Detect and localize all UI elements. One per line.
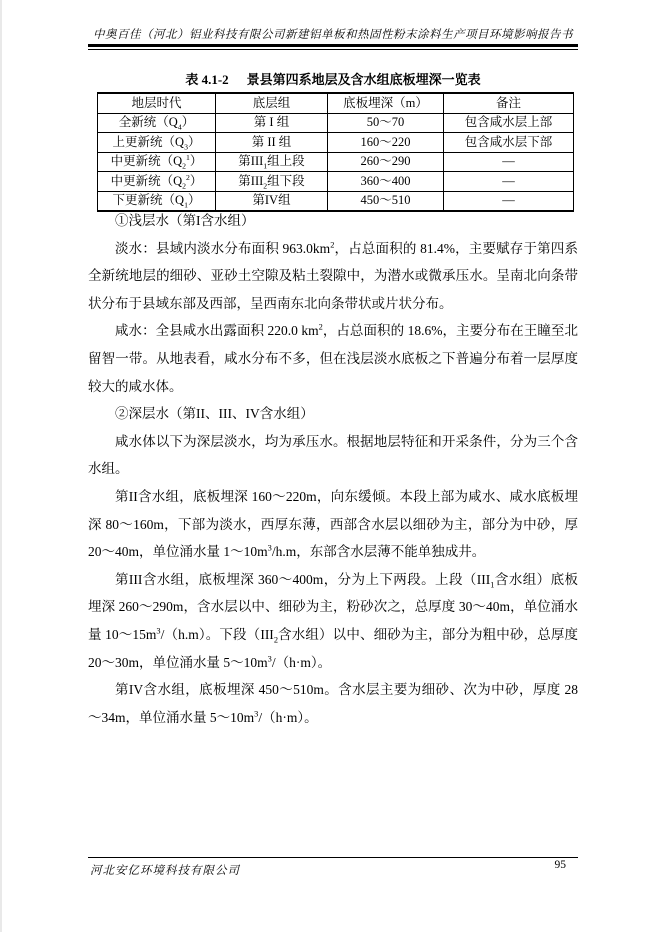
paragraph-aquifer-4: 第IV含水组，底板埋深 450～510m。含水层主要为细砂、次为中砂，厚度 28… <box>88 676 578 731</box>
table-row: 中更新统（Q21） 第III1组上段 260～290 — <box>98 152 574 172</box>
cell-group: 第 I 组 <box>216 113 328 133</box>
cell-era: 中更新统（Q21） <box>98 152 216 172</box>
cell-group: 第III2组下段 <box>216 172 328 192</box>
header-double-rule <box>88 44 578 50</box>
document-page: { "page": { "header_title": "中奥百佳（河北）铝业科… <box>0 0 666 932</box>
paragraph-fresh-water: 淡水：县域内淡水分布面积 963.0km2，占总面积的 81.4%，主要赋存于第… <box>88 235 578 318</box>
page-left-edge <box>0 0 2 932</box>
body-text: ①浅层水（第I含水组） 淡水：县域内淡水分布面积 963.0km2，占总面积的 … <box>88 207 578 731</box>
cell-group: 第 II 组 <box>216 133 328 153</box>
paragraph-shallow-water-heading: ①浅层水（第I含水组） <box>88 207 578 235</box>
cell-note: — <box>444 152 574 172</box>
table-label: 表 4.1-2 <box>185 72 228 87</box>
paragraph-deep-water-intro: 咸水体以下为深层淡水，均为承压水。根据地层特征和开采条件，分为三个含水组。 <box>88 428 578 483</box>
paragraph-salt-water: 咸水：全县咸水出露面积 220.0 km2，占总面积的 18.6%，主要分布在王… <box>88 317 578 400</box>
cell-note: — <box>444 172 574 192</box>
table-caption: 景县第四系地层及含水组底板埋深一览表 <box>247 72 481 87</box>
table-row: 全新统（Q4） 第 I 组 50～70 包含咸水层上部 <box>98 113 574 133</box>
cell-depth: 360～400 <box>328 172 444 192</box>
cell-note: 包含咸水层上部 <box>444 113 574 133</box>
table-row: 上更新统（Q3） 第 II 组 160～220 包含咸水层下部 <box>98 133 574 153</box>
paragraph-aquifer-2: 第II含水组，底板埋深 160～220m，向东缓倾。本段上部为咸水、咸水底板埋深… <box>88 483 578 566</box>
cell-depth: 260～290 <box>328 152 444 172</box>
cell-group: 第III1组上段 <box>216 152 328 172</box>
cell-note: 包含咸水层下部 <box>444 133 574 153</box>
table-header-row: 地层时代 底层组 底板埋深（m） 备注 <box>98 93 574 113</box>
cell-depth: 50～70 <box>328 113 444 133</box>
cell-depth: 160～220 <box>328 133 444 153</box>
cell-era: 中更新统（Q22） <box>98 172 216 192</box>
column-header-era: 地层时代 <box>98 93 216 113</box>
paragraph-deep-water-heading: ②深层水（第II、III、IV含水组） <box>88 400 578 428</box>
strata-table: 地层时代 底层组 底板埋深（m） 备注 全新统（Q4） 第 I 组 50～70 … <box>97 92 574 212</box>
cell-era: 全新统（Q4） <box>98 113 216 133</box>
document-header-title: 中奥百佳（河北）铝业科技有限公司新建铝单板和热固性粉末涂料生产项目环境影响报告书 <box>88 26 578 42</box>
cell-era: 上更新统（Q3） <box>98 133 216 153</box>
table-title: 表 4.1-2景县第四系地层及含水组底板埋深一览表 <box>88 69 578 88</box>
paragraph-aquifer-3: 第III含水组，底板埋深 360～400m，分为上下两段。上段（III1含水组）… <box>88 566 578 676</box>
column-header-note: 备注 <box>444 93 574 113</box>
column-header-depth: 底板埋深（m） <box>328 93 444 113</box>
column-header-group: 底层组 <box>216 93 328 113</box>
page-number: 95 <box>88 859 566 871</box>
table-row: 中更新统（Q22） 第III2组下段 360～400 — <box>98 172 574 192</box>
footer-rule <box>88 857 578 858</box>
